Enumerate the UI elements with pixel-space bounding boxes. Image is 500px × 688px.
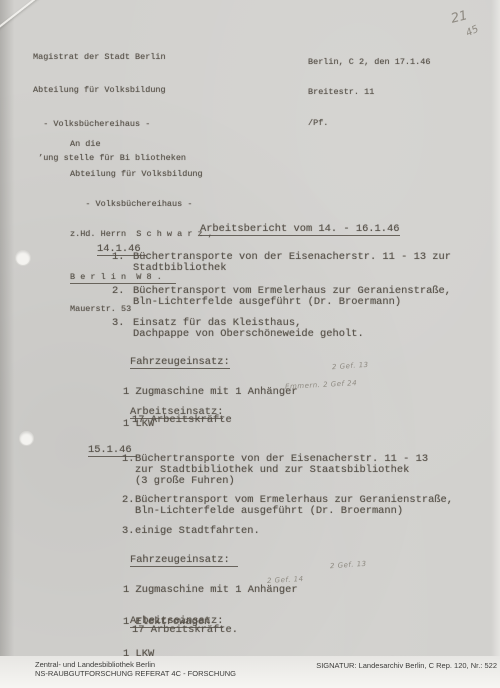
vehicle-line: 1 Zugmaschine mit 1 Anhänger — [123, 585, 298, 596]
item-text: Büchertransporte von der Eisenacherstr. … — [133, 252, 451, 274]
page-left-edge-shadow — [0, 0, 16, 688]
recipient-line: An die — [70, 139, 213, 149]
report-title: Arbeitsbericht vom 14. - 16.1.46 — [175, 213, 400, 247]
sender-line: Magistrat der Stadt Berlin — [33, 52, 186, 63]
dateline-street: Breitestr. 11 — [308, 87, 430, 97]
footer-attribution-line2: NS-RAUBGUTFORSCHUNG REFERAT 4C - FORSCHU… — [35, 670, 236, 679]
item-text: Büchertransport vom Ermelerhaus zur Gera… — [135, 495, 453, 517]
dateline-initials: /Pf. — [308, 118, 430, 128]
sender-line: Abteilung für Volksbildung — [33, 85, 186, 96]
page-right-edge-highlight — [490, 0, 500, 688]
archive-footer: Zentral- und Landesbibliothek Berlin NS-… — [0, 656, 500, 688]
footer-signature: SIGNATUR: Landesarchiv Berlin, C Rep. 12… — [316, 661, 497, 670]
item-number: 1. — [112, 252, 124, 263]
punch-hole-top — [15, 250, 31, 266]
dateline-city-date: Berlin, C 2, den 17.1.46 — [308, 57, 430, 67]
item-number: 2. — [122, 495, 134, 506]
item-number: 1. — [122, 454, 134, 465]
footer-attribution: Zentral- und Landesbibliothek Berlin NS-… — [35, 661, 236, 678]
item-number: 3. — [122, 526, 134, 537]
item-text: einige Stadtfahrten. — [135, 526, 260, 537]
dateline: Berlin, C 2, den 17.1.46 Breitestr. 11 /… — [308, 36, 430, 149]
recipient-line: - Volksbüchereihaus - — [70, 199, 213, 209]
punch-hole-bottom — [19, 431, 34, 446]
item-number: 3. — [112, 318, 124, 329]
item-text: Einsatz für das Kleisthaus, Dachpappe vo… — [133, 318, 364, 340]
item-text: Büchertransporte von der Eisenacherstr. … — [135, 454, 428, 486]
labor-line: 17 Arbeitskräfte — [132, 415, 232, 426]
labor-line: 17 Arbeitskräfte. — [132, 625, 238, 636]
scanned-document-page: Magistrat der Stadt Berlin Abteilung für… — [0, 0, 500, 688]
item-number: 2. — [112, 286, 124, 297]
item-text: Büchertransport vom Ermelerhaus zur Gera… — [133, 286, 451, 308]
recipient-line: Abteilung für Volksbildung — [70, 169, 213, 179]
